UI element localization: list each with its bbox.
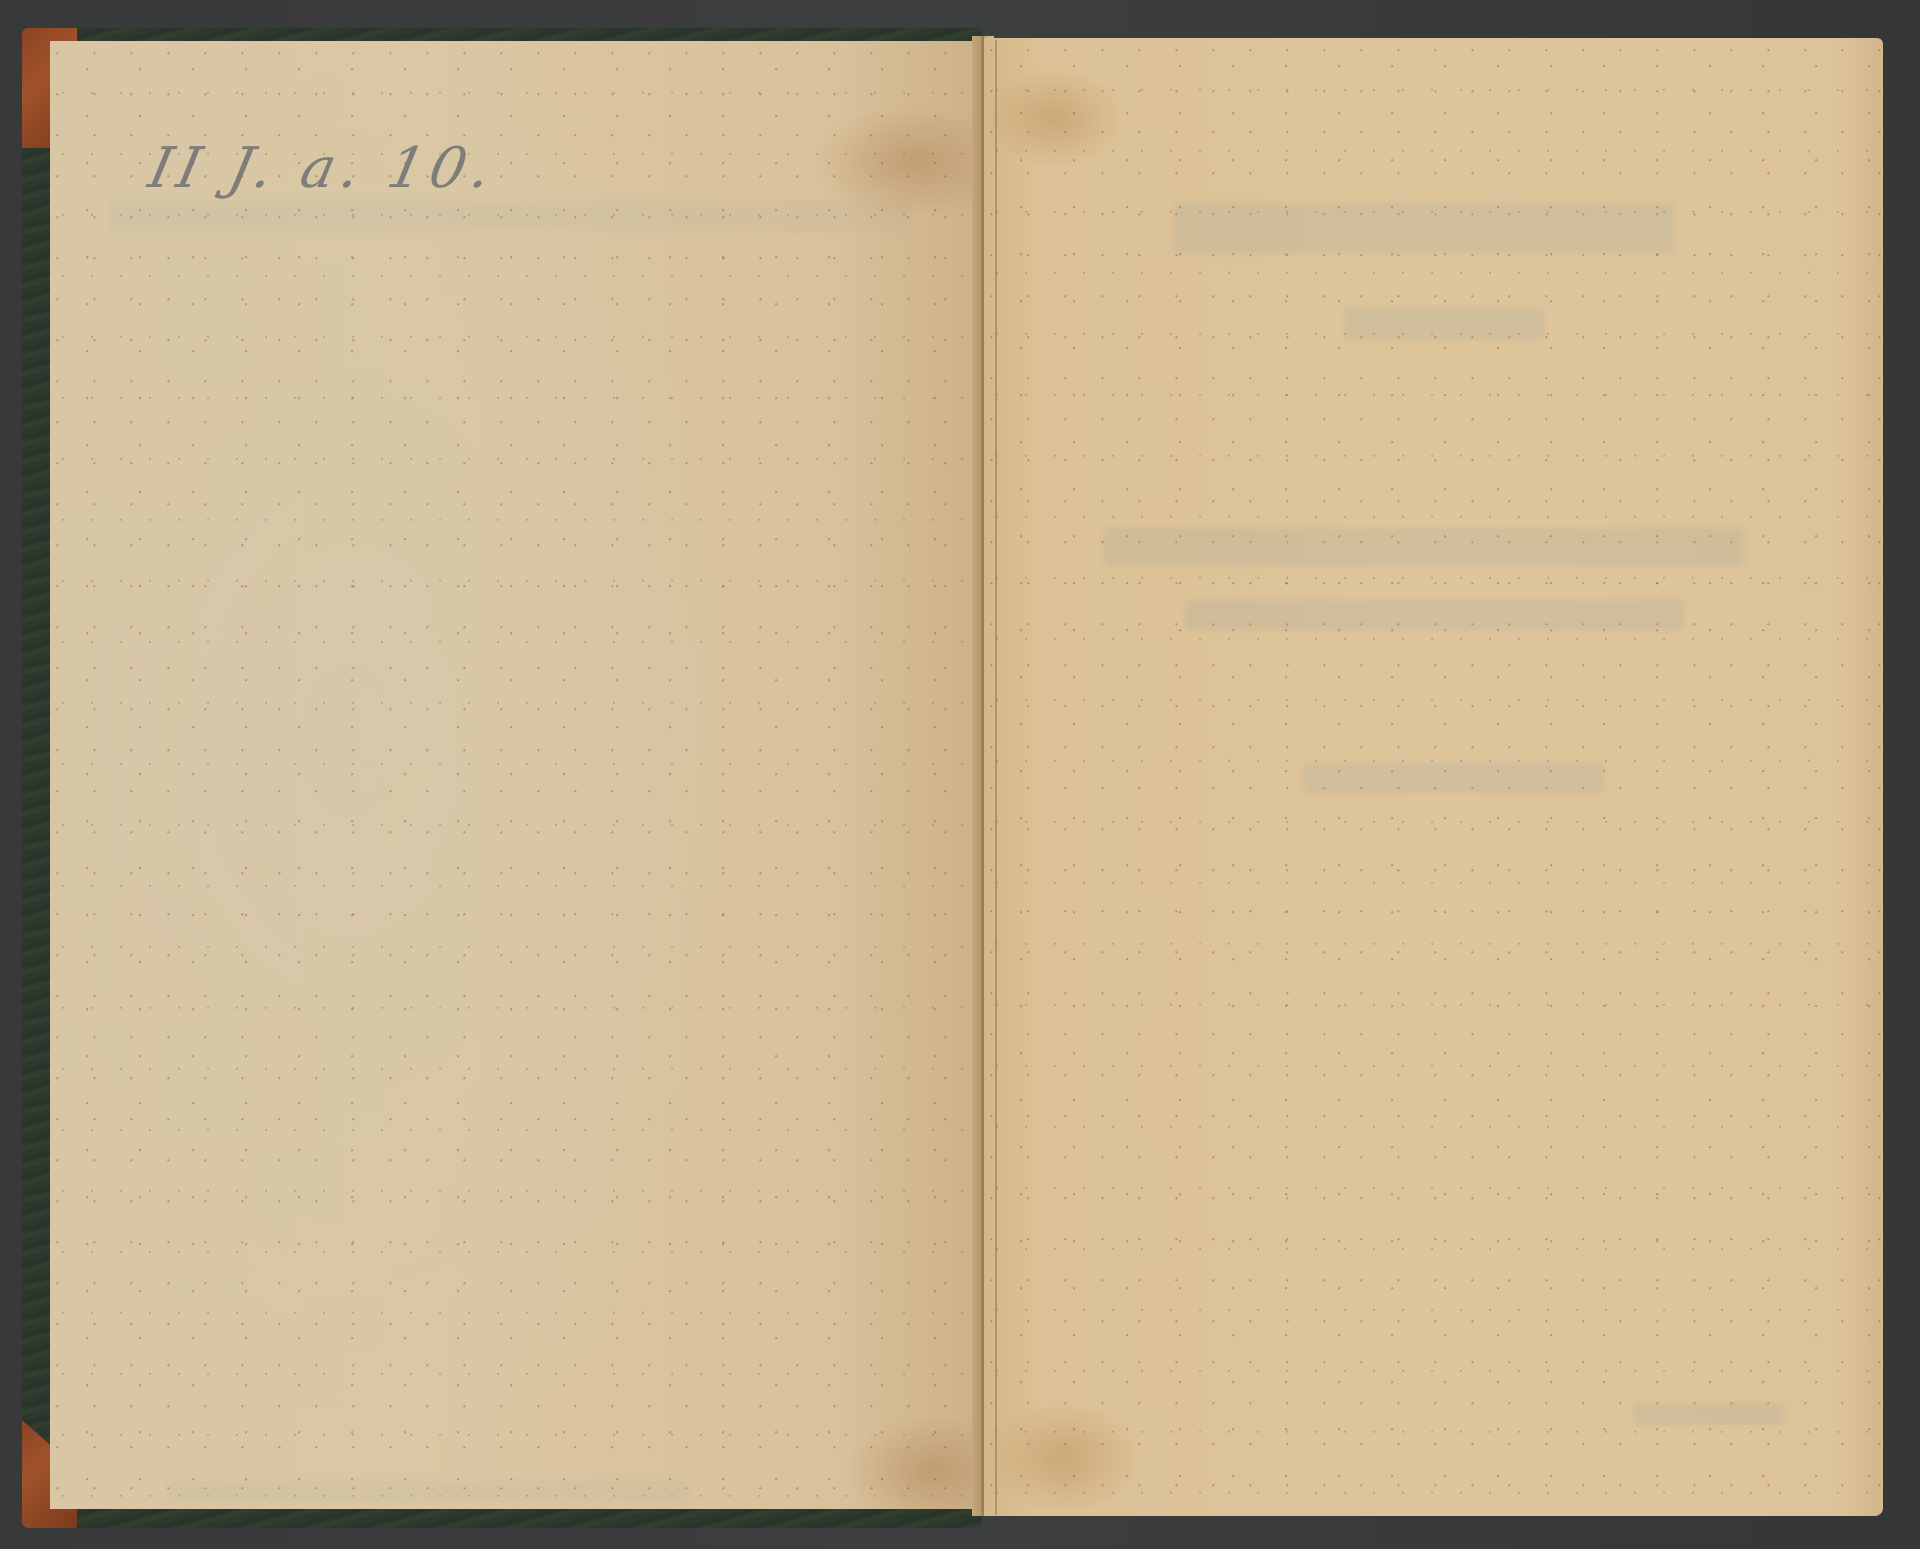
show-through-line-4: [1184, 600, 1684, 630]
show-through-line-1: [1174, 203, 1674, 253]
paper-texture: [50, 41, 974, 1509]
right-page-title-leaf: [984, 38, 1883, 1516]
show-through-line-2: [1344, 308, 1544, 340]
pencil-shelfmark: II J. a. 10.: [143, 136, 503, 201]
show-through-line-3: [1104, 528, 1744, 566]
faint-offset-line: [110, 201, 910, 231]
page-fold-line: [995, 40, 997, 1515]
left-page-pastedown: II J. a. 10.: [50, 41, 974, 1509]
show-through-line-5: [1304, 763, 1604, 793]
faint-offset-line: [170, 1481, 690, 1501]
show-through-line-6: [1634, 1403, 1784, 1425]
